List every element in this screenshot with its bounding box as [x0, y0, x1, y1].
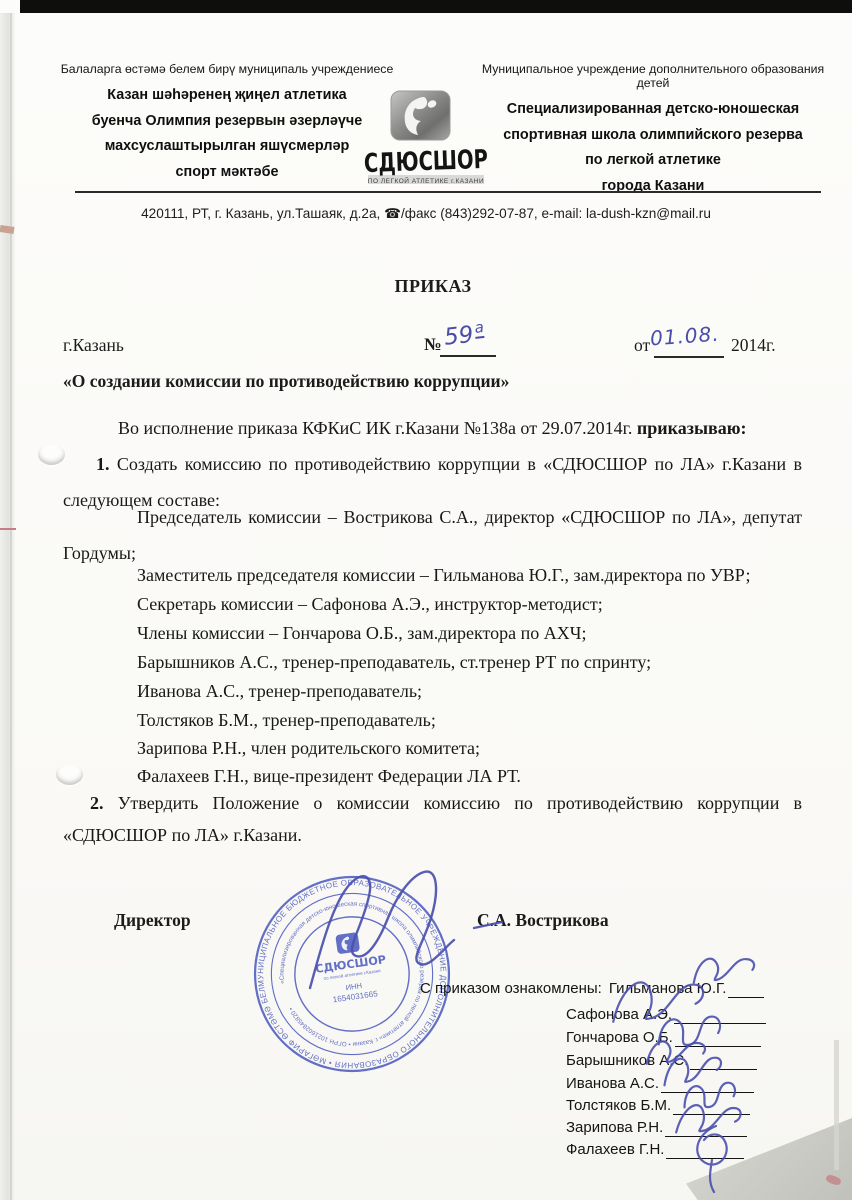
ack-name: Зарипова Р.Н.	[566, 1119, 663, 1136]
org-name-tatar-line: буенча Олимпия резервын әзерләүче	[58, 109, 396, 135]
order-number-label: №	[424, 334, 442, 355]
body-line: «СДЮСШОР по ЛА» г.Казани.	[63, 825, 302, 846]
contact-line: 420111, РТ, г. Казань, ул.Ташаяк, д.2а, …	[20, 206, 832, 222]
scanned-order-document: Балаларга өстәмә белем бирү муниципаль у…	[0, 0, 852, 1200]
body-line: Гордумы;	[63, 543, 136, 564]
ack-prefix: С приказом ознакомлены:	[420, 980, 602, 997]
body-text: Секретарь комиссии – Сафонова А.Э., инст…	[137, 594, 603, 614]
ack-signature-line	[665, 1119, 747, 1137]
body-text: Толстяков Б.М., тренер-преподаватель;	[137, 710, 436, 730]
body-line: Члены комиссии – Гончарова О.Б., зам.дир…	[137, 623, 586, 644]
ack-row: Барышников А.С.	[566, 1052, 757, 1072]
order-subject: «О создании комиссии по противодействию …	[63, 371, 509, 392]
ack-row: Зарипова Р.Н.	[566, 1119, 747, 1139]
ack-row: Фалахеев Г.Н.	[566, 1141, 744, 1161]
director-signature	[292, 856, 562, 996]
ack-name: Фалахеев Г.Н.	[566, 1141, 664, 1158]
scan-pink-mark	[0, 528, 16, 530]
document-title: ПРИКАЗ	[63, 276, 803, 297]
order-number-handwritten: 59а	[443, 318, 486, 351]
order-city: г.Казань	[63, 335, 124, 356]
order-number-underline	[440, 355, 496, 357]
org-name-tatar: Балаларга өстәмә белем бирү муниципаль у…	[58, 62, 396, 185]
scan-top-black-bar	[20, 0, 852, 13]
scan-right-edge	[834, 1040, 839, 1170]
scan-left-edge-line	[10, 13, 12, 1200]
body-text-bold: 1.	[96, 454, 117, 474]
org-name-russian-line: города Казани	[466, 174, 840, 200]
ack-name: Иванова А.С.	[566, 1075, 659, 1092]
body-text: Во исполнение приказа КФКиС ИК г.Казани …	[118, 418, 637, 438]
ack-signature	[691, 953, 756, 984]
order-number-value: 59	[443, 322, 475, 351]
body-line: Председатель комиссии – Вострикова С.А.,…	[137, 507, 802, 528]
org-name-russian: Муниципальное учреждение дополнительного…	[466, 62, 840, 199]
org-type-tatar: Балаларга өстәмә белем бирү муниципаль у…	[58, 62, 396, 76]
body-text: Барышников А.С., тренер-преподаватель, с…	[137, 652, 651, 672]
hole-punch-top	[38, 444, 65, 465]
body-text: Фалахеев Г.Н., вице-президент Федерации …	[137, 766, 521, 786]
ack-row: Толстяков Б.М.	[566, 1097, 750, 1117]
ack-signature-line	[666, 1141, 744, 1159]
body-line: 2. Утвердить Положение о комиссии комисс…	[90, 793, 802, 814]
org-type-russian: Муниципальное учреждение дополнительного…	[466, 62, 840, 90]
body-line: Зарипова Р.Н., член родительского комите…	[137, 738, 480, 759]
body-text: Заместитель председателя комиссии – Гиль…	[137, 565, 750, 585]
org-name-russian-line: спортивная школа олимпийского резерва	[466, 123, 840, 149]
ack-name: Толстяков Б.М.	[566, 1097, 671, 1114]
order-date-underline	[654, 356, 724, 358]
ack-name: Барышников А.С.	[566, 1052, 688, 1069]
scan-left-edge	[0, 13, 15, 1200]
ack-signature-line	[661, 1075, 754, 1093]
hole-punch-bottom	[56, 764, 83, 785]
ack-signature-line	[674, 1006, 766, 1024]
ack-signature-line	[728, 980, 764, 998]
ack-name: Гильманова Ю.Г.	[609, 980, 727, 997]
org-name-tatar-line: Казан шәһәренең җиңел атлетика	[58, 83, 396, 109]
letterhead-divider	[75, 191, 821, 193]
org-name-russian-line: по легкой атлетике	[466, 148, 840, 174]
org-name-tatar-line: махсуслаштырылган яшүсмерләр	[58, 134, 396, 160]
ack-row: Иванова А.С.	[566, 1075, 754, 1095]
ack-row: Гончарова О.Б.	[566, 1029, 761, 1049]
order-year: 2014г.	[731, 335, 776, 356]
body-line: Иванова А.С., тренер-преподаватель;	[137, 681, 422, 702]
order-number-suffix: а	[474, 318, 485, 339]
ack-signature-line	[673, 1097, 750, 1115]
body-text: Утвердить Положение о комиссии комиссию …	[118, 793, 802, 813]
body-line: Во исполнение приказа КФКиС ИК г.Казани …	[118, 418, 747, 439]
ack-name: Гончарова О.Б.	[566, 1029, 673, 1046]
body-line: Заместитель председателя комиссии – Гиль…	[137, 565, 750, 586]
order-date-label: от	[634, 335, 650, 356]
body-text: Иванова А.С., тренер-преподаватель;	[137, 681, 422, 701]
ack-name: Сафонова А.Э.	[566, 1006, 672, 1023]
body-line: Барышников А.С., тренер-преподаватель, с…	[137, 652, 651, 673]
director-label: Директор	[114, 910, 191, 931]
body-text: «СДЮСШОР по ЛА» г.Казани.	[63, 825, 302, 845]
body-text: Создать комиссию по противодействию корр…	[117, 454, 802, 474]
body-text: Зарипова Р.Н., член родительского комите…	[137, 738, 480, 758]
body-line: Толстяков Б.М., тренер-преподаватель;	[137, 710, 436, 731]
body-text: Гордумы;	[63, 543, 136, 563]
ack-row: Сафонова А.Э.	[566, 1006, 766, 1026]
body-line: Секретарь комиссии – Сафонова А.Э., инст…	[137, 594, 603, 615]
body-line: 1. Создать комиссию по противодействию к…	[96, 454, 802, 475]
ack-signature-line	[690, 1052, 757, 1070]
ack-row: С приказом ознакомлены:Гильманова Ю.Г.	[420, 980, 764, 1000]
org-name-tatar-line: спорт мәктәбе	[58, 160, 396, 186]
ack-signature-line	[675, 1029, 761, 1047]
body-text: Члены комиссии – Гончарова О.Б., зам.дир…	[137, 623, 586, 643]
body-text-bold: приказываю:	[637, 418, 747, 438]
order-date-handwritten: 01.08.	[649, 322, 720, 351]
body-line: Фалахеев Г.Н., вице-президент Федерации …	[137, 766, 521, 787]
body-text: Председатель комиссии – Вострикова С.А.,…	[137, 507, 802, 527]
org-name-russian-line: Специализированная детско-юношеская	[466, 97, 840, 123]
body-text-bold: 2.	[90, 793, 118, 813]
